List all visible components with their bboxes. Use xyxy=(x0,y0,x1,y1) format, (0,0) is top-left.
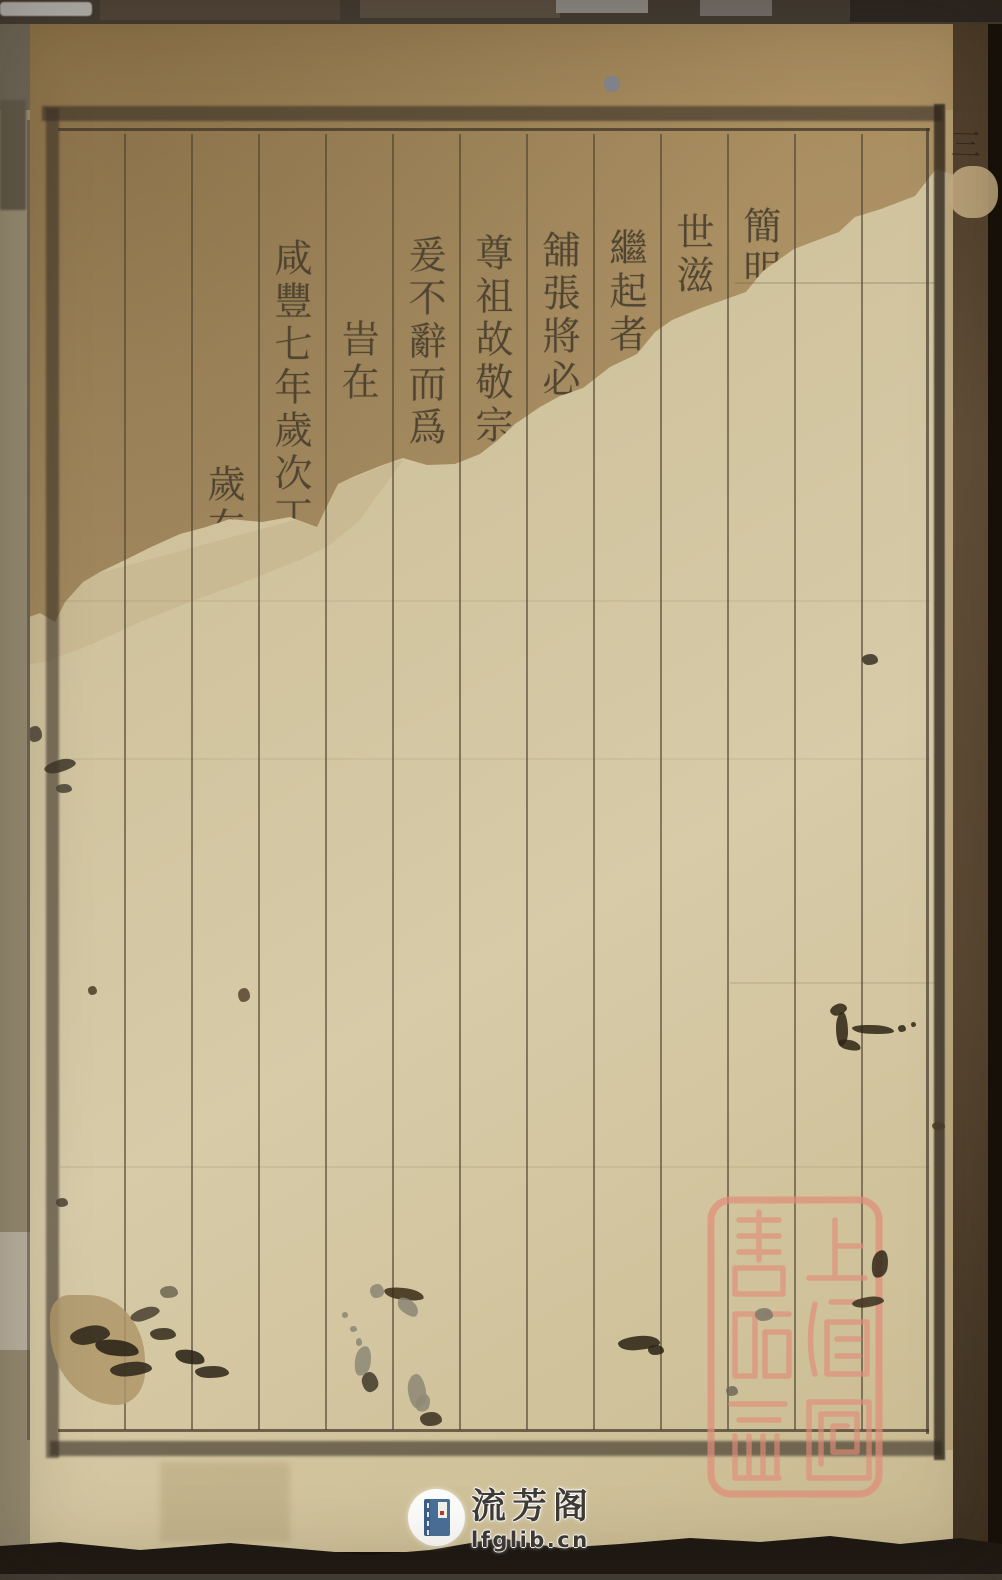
right-book-edge xyxy=(953,0,990,1580)
right-gutter-highlight xyxy=(946,110,953,1450)
scanned-page: 簡明世滋繼起者舖張將必尊祖故敬宗爰不辭而爲旹在咸豐七年歲次丁歲在 上海圖書館藏 xyxy=(0,0,1002,1580)
stitch-mark xyxy=(427,1521,429,1526)
edge-highlight xyxy=(556,0,648,13)
margin-page-numeral: 三 xyxy=(950,119,982,164)
book-icon xyxy=(424,1499,450,1536)
edge-shadow xyxy=(850,0,1002,22)
watermark-text: 流芳阁 lfglib.cn xyxy=(471,1489,594,1552)
right-tear-patch xyxy=(948,166,998,218)
watermark-logo-circle xyxy=(408,1489,465,1546)
edge-shadow xyxy=(360,0,560,18)
edge-highlight xyxy=(700,0,772,16)
watermark: 流芳阁 lfglib.cn xyxy=(408,1489,594,1552)
stitch-mark xyxy=(427,1530,429,1535)
top-scan-edge xyxy=(0,0,1002,24)
edge-shadow xyxy=(0,100,26,210)
right-shadow xyxy=(988,0,1002,1580)
edge-tear xyxy=(0,1232,30,1350)
edge-shadow xyxy=(100,0,340,20)
bottom-table-edge xyxy=(0,1574,1002,1580)
watermark-site-url: lfglib.cn xyxy=(471,1528,594,1552)
scan-edges: 三 xyxy=(0,0,1002,1580)
edge-line xyxy=(27,120,30,1440)
bottom-scan-edge xyxy=(0,0,1002,1580)
book-title-label xyxy=(438,1502,447,1518)
stitch-mark xyxy=(427,1512,429,1517)
watermark-site-name: 流芳阁 xyxy=(471,1489,594,1526)
left-page-edge xyxy=(0,0,30,1580)
stitch-mark xyxy=(427,1503,429,1508)
edge-highlight xyxy=(0,2,92,16)
